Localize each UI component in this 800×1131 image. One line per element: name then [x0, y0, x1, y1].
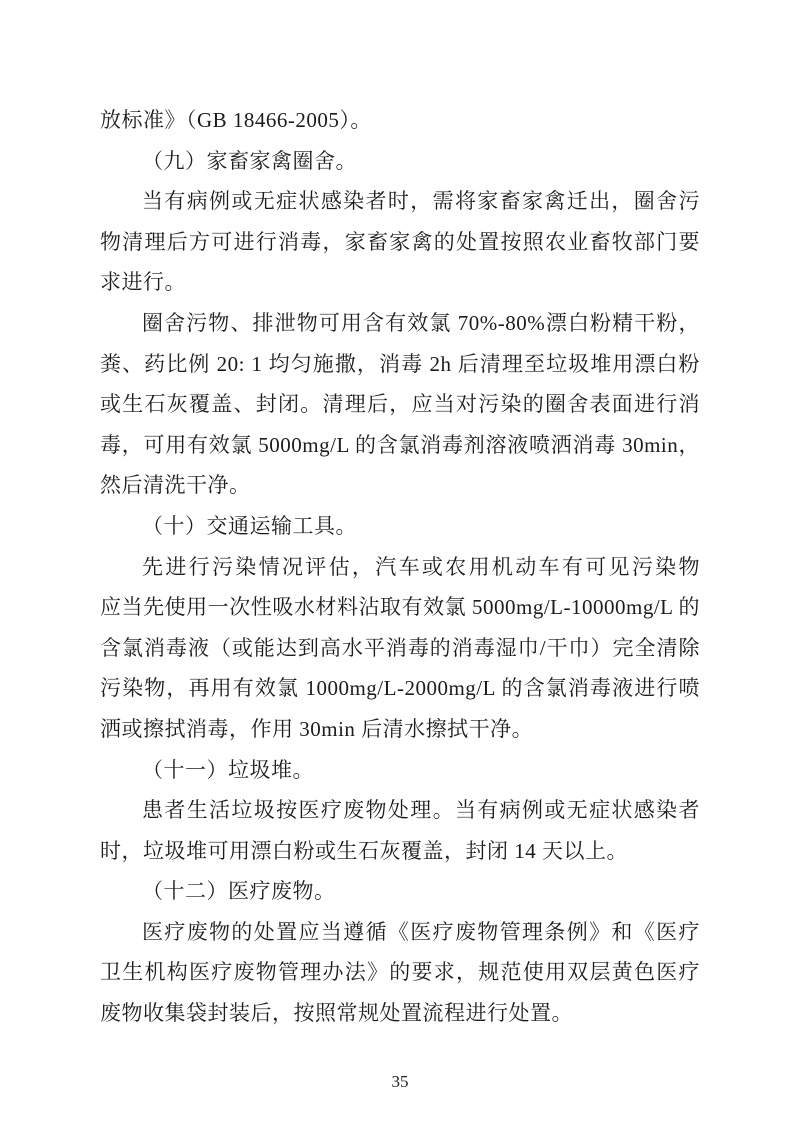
text-line: 当有病例或无症状感染者时，需将家畜家禽迁出，圈舍污 [100, 181, 700, 222]
paragraph: （十二）医疗废物。 [100, 871, 700, 912]
paragraph: 医疗废物的处置应当遵循《医疗废物管理条例》和《医疗卫生机构医疗废物管理办法》的要… [100, 912, 700, 1034]
text-line: 含氯消毒液（或能达到高水平消毒的消毒湿巾/干巾）完全清除 [100, 628, 700, 669]
paragraph: 放标准》（GB 18466-2005）。 [100, 100, 700, 141]
text-line: 粪、药比例 20: 1 均匀施撒，消毒 2h 后清理至垃圾堆用漂白粉 [100, 344, 700, 385]
text-line: 时，垃圾堆可用漂白粉或生石灰覆盖，封闭 14 天以上。 [100, 831, 700, 872]
text-line: （十一）垃圾堆。 [100, 750, 700, 791]
text-line: 污染物，再用有效氯 1000mg/L-2000mg/L 的含氯消毒液进行喷 [100, 668, 700, 709]
text-line: 医疗废物的处置应当遵循《医疗废物管理条例》和《医疗 [100, 912, 700, 953]
text-line: 应当先使用一次性吸水材料沾取有效氯 5000mg/L-10000mg/L 的 [100, 587, 700, 628]
document-body: 放标准》（GB 18466-2005）。（九）家畜家禽圈舍。当有病例或无症状感染… [100, 100, 700, 1034]
text-line: 求进行。 [100, 262, 700, 303]
paragraph: 圈舍污物、排泄物可用含有效氯 70%-80%漂白粉精干粉，按粪、药比例 20: … [100, 303, 700, 506]
text-line: 患者生活垃圾按医疗废物处理。当有病例或无症状感染者 [100, 790, 700, 831]
text-line: 先进行污染情况评估，汽车或农用机动车有可见污染物时， [100, 547, 700, 588]
text-line: 卫生机构医疗废物管理办法》的要求，规范使用双层黄色医疗 [100, 952, 700, 993]
text-line: 毒，可用有效氯 5000mg/L 的含氯消毒剂溶液喷洒消毒 30min， [100, 425, 700, 466]
text-line: 然后清洗干净。 [100, 465, 700, 506]
text-line: 或生石灰覆盖、封闭。清理后，应当对污染的圈舍表面进行消 [100, 384, 700, 425]
text-line: 洒或擦拭消毒，作用 30min 后清水擦拭干净。 [100, 709, 700, 750]
text-line: 物清理后方可进行消毒，家畜家禽的处置按照农业畜牧部门要 [100, 222, 700, 263]
paragraph: （十一）垃圾堆。 [100, 750, 700, 791]
paragraph: （九）家畜家禽圈舍。 [100, 141, 700, 182]
document-page: 放标准》（GB 18466-2005）。（九）家畜家禽圈舍。当有病例或无症状感染… [0, 0, 800, 1131]
page-number: 35 [0, 1072, 800, 1092]
paragraph: （十）交通运输工具。 [100, 506, 700, 547]
text-line: 圈舍污物、排泄物可用含有效氯 70%-80%漂白粉精干粉，按 [100, 303, 700, 344]
text-line: （十二）医疗废物。 [100, 871, 700, 912]
text-line: （九）家畜家禽圈舍。 [100, 141, 700, 182]
paragraph: 当有病例或无症状感染者时，需将家畜家禽迁出，圈舍污物清理后方可进行消毒，家畜家禽… [100, 181, 700, 303]
text-line: （十）交通运输工具。 [100, 506, 700, 547]
text-line: 废物收集袋封装后，按照常规处置流程进行处置。 [100, 993, 700, 1034]
text-line: 放标准》（GB 18466-2005）。 [100, 100, 700, 141]
paragraph: 先进行污染情况评估，汽车或农用机动车有可见污染物时，应当先使用一次性吸水材料沾取… [100, 547, 700, 750]
paragraph: 患者生活垃圾按医疗废物处理。当有病例或无症状感染者时，垃圾堆可用漂白粉或生石灰覆… [100, 790, 700, 871]
